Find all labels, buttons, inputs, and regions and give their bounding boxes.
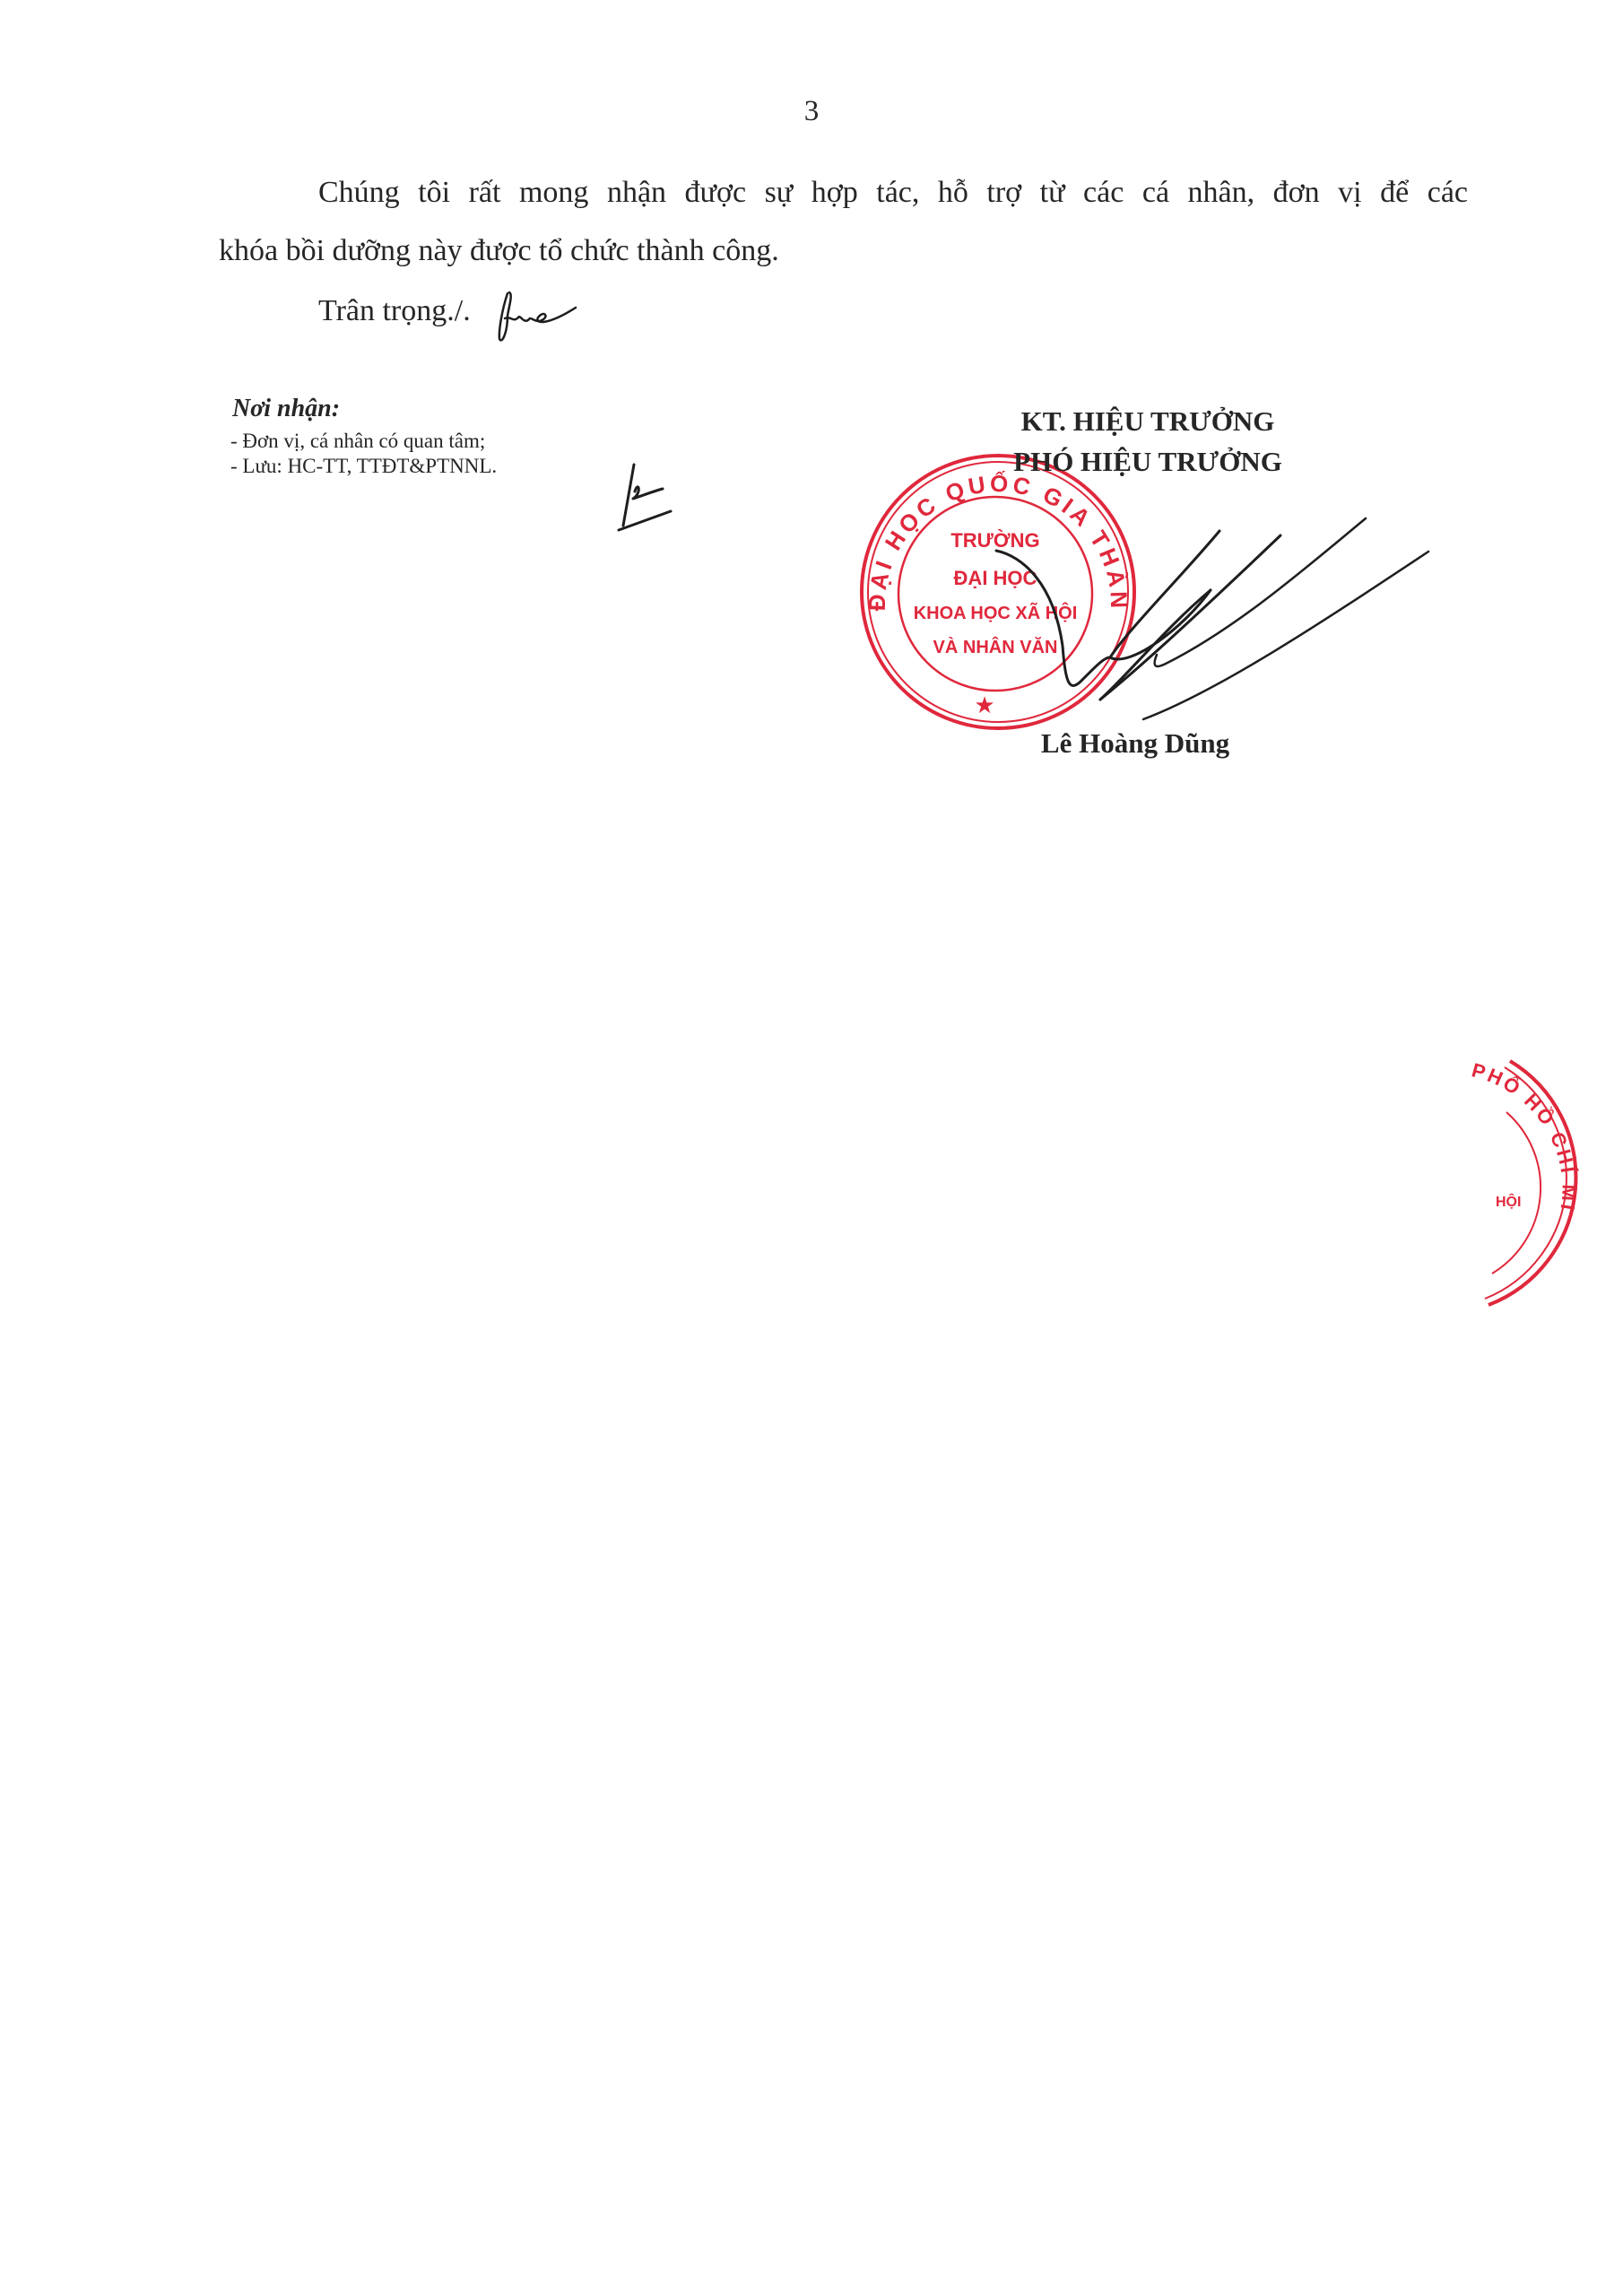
star-icon: ★ — [974, 691, 994, 718]
partial-seal — [1485, 1061, 1575, 1305]
body-paragraph-line-2: khóa bồi dưỡng này được tổ chức thành cô… — [219, 233, 779, 269]
closing-greeting: Trân trọng./. — [318, 293, 471, 329]
seal-outer-text: ĐẠI HỌC QUỐC GIA THÀNH PHỐ HỒ CHÍ MINH — [0, 0, 1133, 612]
partial-seal-fragment: HỘI — [1496, 1193, 1521, 1210]
official-seal-rings — [862, 456, 1134, 728]
svg-text:VÀ NHÂN VĂN: VÀ NHÂN VĂN — [933, 636, 1058, 657]
svg-text:KHOA HỌC XÃ HỘI: KHOA HỌC XÃ HỘI — [914, 602, 1078, 623]
signature-title-line-1: KT. HIỆU TRƯỞNG — [968, 405, 1327, 438]
signature-scribble — [996, 518, 1428, 719]
body-paragraph-line-1: Chúng tôi rất mong nhận được sự hợp tác,… — [219, 175, 1468, 211]
recipient-item: - Lưu: HC-TT, TTĐT&PTNNL. — [230, 454, 497, 479]
svg-text:ĐẠI HỌC: ĐẠI HỌC — [954, 567, 1037, 589]
handwritten-marks — [0, 0, 1623, 2296]
official-seal: ĐẠI HỌC QUỐC GIA THÀNH PHỐ HỒ CHÍ MINH T… — [0, 0, 1623, 2296]
initials-mark — [499, 292, 576, 340]
recipient-item: - Đơn vị, cá nhân có quan tâm; — [230, 429, 485, 454]
signer-name: Lê Hoàng Dũng — [956, 726, 1315, 761]
svg-text:TRƯỜNG: TRƯỜNG — [950, 529, 1039, 552]
signature-title-line-2: PHÓ HIỆU TRƯỞNG — [968, 446, 1327, 478]
initials-mark-2 — [619, 465, 671, 530]
recipients-title: Nơi nhận: — [232, 395, 340, 423]
seal-inner-text: TRƯỜNG ĐẠI HỌC KHOA HỌC XÃ HỘI VÀ NHÂN V… — [914, 529, 1078, 657]
page-number: 3 — [0, 93, 1623, 129]
partial-seal-text: PHỐ HỒ CHÍ MI — [1470, 1058, 1581, 1213]
